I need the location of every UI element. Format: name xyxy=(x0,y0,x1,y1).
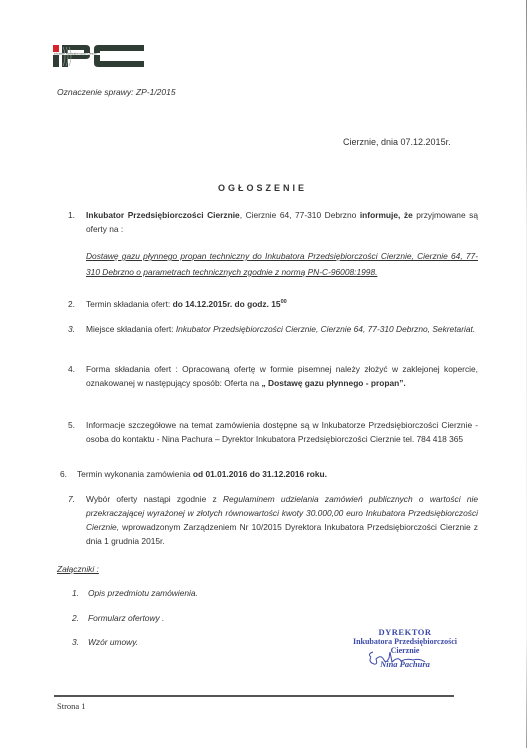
item-number: 6. xyxy=(60,467,67,481)
page-number: Strona 1 xyxy=(57,701,86,711)
attachment-item: 3.Wzór umowy. xyxy=(72,637,138,647)
attachments-heading: Załączniki : xyxy=(57,564,99,574)
item-body: Forma składania ofert : Opracowaną ofert… xyxy=(86,362,478,390)
list-item: 6. Termin wykonania zamówienia od 01.01.… xyxy=(60,467,470,481)
stamp-organization: Inkubatora Przedsiębiorczości xyxy=(320,637,490,646)
item-number: 2. xyxy=(68,297,75,311)
signature-icon xyxy=(365,648,435,672)
item-body: Informacje szczegółowe na temat zamówien… xyxy=(86,418,478,446)
document-title: OGŁOSZENIE xyxy=(218,183,307,193)
attachment-item: 2.Formularz ofertowy . xyxy=(72,613,164,623)
ipc-logo: Inkubator Przedsiębiorczości Cierznie xyxy=(53,44,145,68)
item-number: 4. xyxy=(68,362,75,376)
scan-edge xyxy=(526,0,527,748)
item-number: 3. xyxy=(68,322,75,336)
stamp-title: DYREKTOR xyxy=(320,628,490,637)
item-body: Wybór oferty nastąpi zgodnie z Regulamin… xyxy=(86,492,478,548)
item-number: 5. xyxy=(68,418,75,432)
list-item: 1. Inkubator Przedsiębiorczości Cierznie… xyxy=(68,208,478,236)
item-body: Termin wykonania zamówienia od 01.01.201… xyxy=(77,467,470,481)
footer-divider xyxy=(54,695,454,697)
item-body: Inkubator Przedsiębiorczości Cierznie, C… xyxy=(86,208,478,236)
subject-of-order: Dostawę gazu płynnego propan techniczny … xyxy=(86,248,478,280)
svg-text:Inkubator Przedsiębiorczości C: Inkubator Przedsiębiorczości Cierznie xyxy=(54,53,97,56)
case-reference: Oznaczenie sprawy: ZP-1/2015 xyxy=(57,87,176,97)
logo-accent-square xyxy=(53,45,59,52)
item-number: 7. xyxy=(68,492,75,506)
item-body: Termin składania ofert: do 14.12.2015r. … xyxy=(86,297,478,311)
list-item: 4. Forma składania ofert : Opracowaną of… xyxy=(68,362,478,390)
place-date: Cierznie, dnia 07.12.2015r. xyxy=(343,137,451,147)
attachment-item: 1.Opis przedmiotu zamówienia. xyxy=(72,588,198,598)
list-item: 7. Wybór oferty nastąpi zgodnie z Regula… xyxy=(68,492,478,548)
list-item: 2. Termin składania ofert: do 14.12.2015… xyxy=(68,297,478,311)
list-item: 5. Informacje szczegółowe na temat zamów… xyxy=(68,418,478,446)
item-body: Miejsce składania ofert: Inkubator Przed… xyxy=(86,322,478,336)
item-number: 1. xyxy=(68,208,75,222)
list-item: 3. Miejsce składania ofert: Inkubator Pr… xyxy=(68,322,478,336)
